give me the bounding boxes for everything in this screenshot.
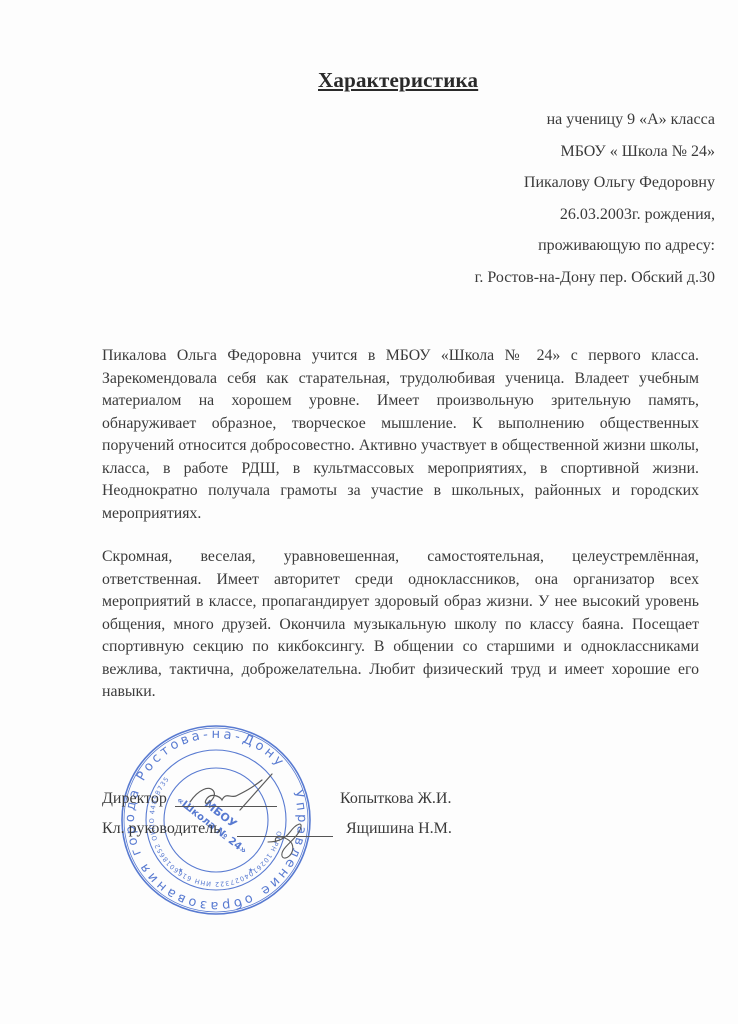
addressee-line-school: МБОУ « Школа № 24» — [475, 136, 715, 168]
paragraph-character: Скромная, веселая, уравновешенная, самос… — [102, 546, 699, 704]
signature-name-class-teacher: Ящишина Н.М. — [346, 820, 452, 838]
director-signature-icon — [180, 770, 290, 820]
addressee-line-class: на ученицу 9 «А» класса — [475, 104, 715, 136]
addressee-line-name: Пикалову Ольгу Федоровну — [475, 167, 715, 199]
signature-name-director: Копыткова Ж.И. — [340, 790, 451, 808]
addressee-block: на ученицу 9 «А» класса МБОУ « Школа № 2… — [475, 104, 715, 293]
class-teacher-signature-icon — [262, 812, 312, 862]
svg-text:★: ★ — [248, 867, 253, 874]
document-page: Характеристика на ученицу 9 «А» класса М… — [0, 0, 738, 1024]
document-title: Характеристика — [318, 68, 478, 93]
svg-text:★: ★ — [178, 867, 183, 874]
addressee-line-residence-label: проживающую по адресу: — [475, 230, 715, 262]
signature-line-class-teacher — [237, 836, 333, 837]
signature-role-director: Директор — [102, 790, 167, 808]
signature-role-class-teacher: Кл. руководитель — [102, 820, 220, 838]
signature-line-director — [175, 806, 277, 807]
addressee-line-address: г. Ростов-на-Дону пер. Обский д.30 — [475, 262, 715, 294]
paragraph-study: Пикалова Ольга Федоровна учится в МБОУ «… — [102, 345, 699, 525]
addressee-line-birthdate: 26.03.2003г. рождения, — [475, 199, 715, 231]
